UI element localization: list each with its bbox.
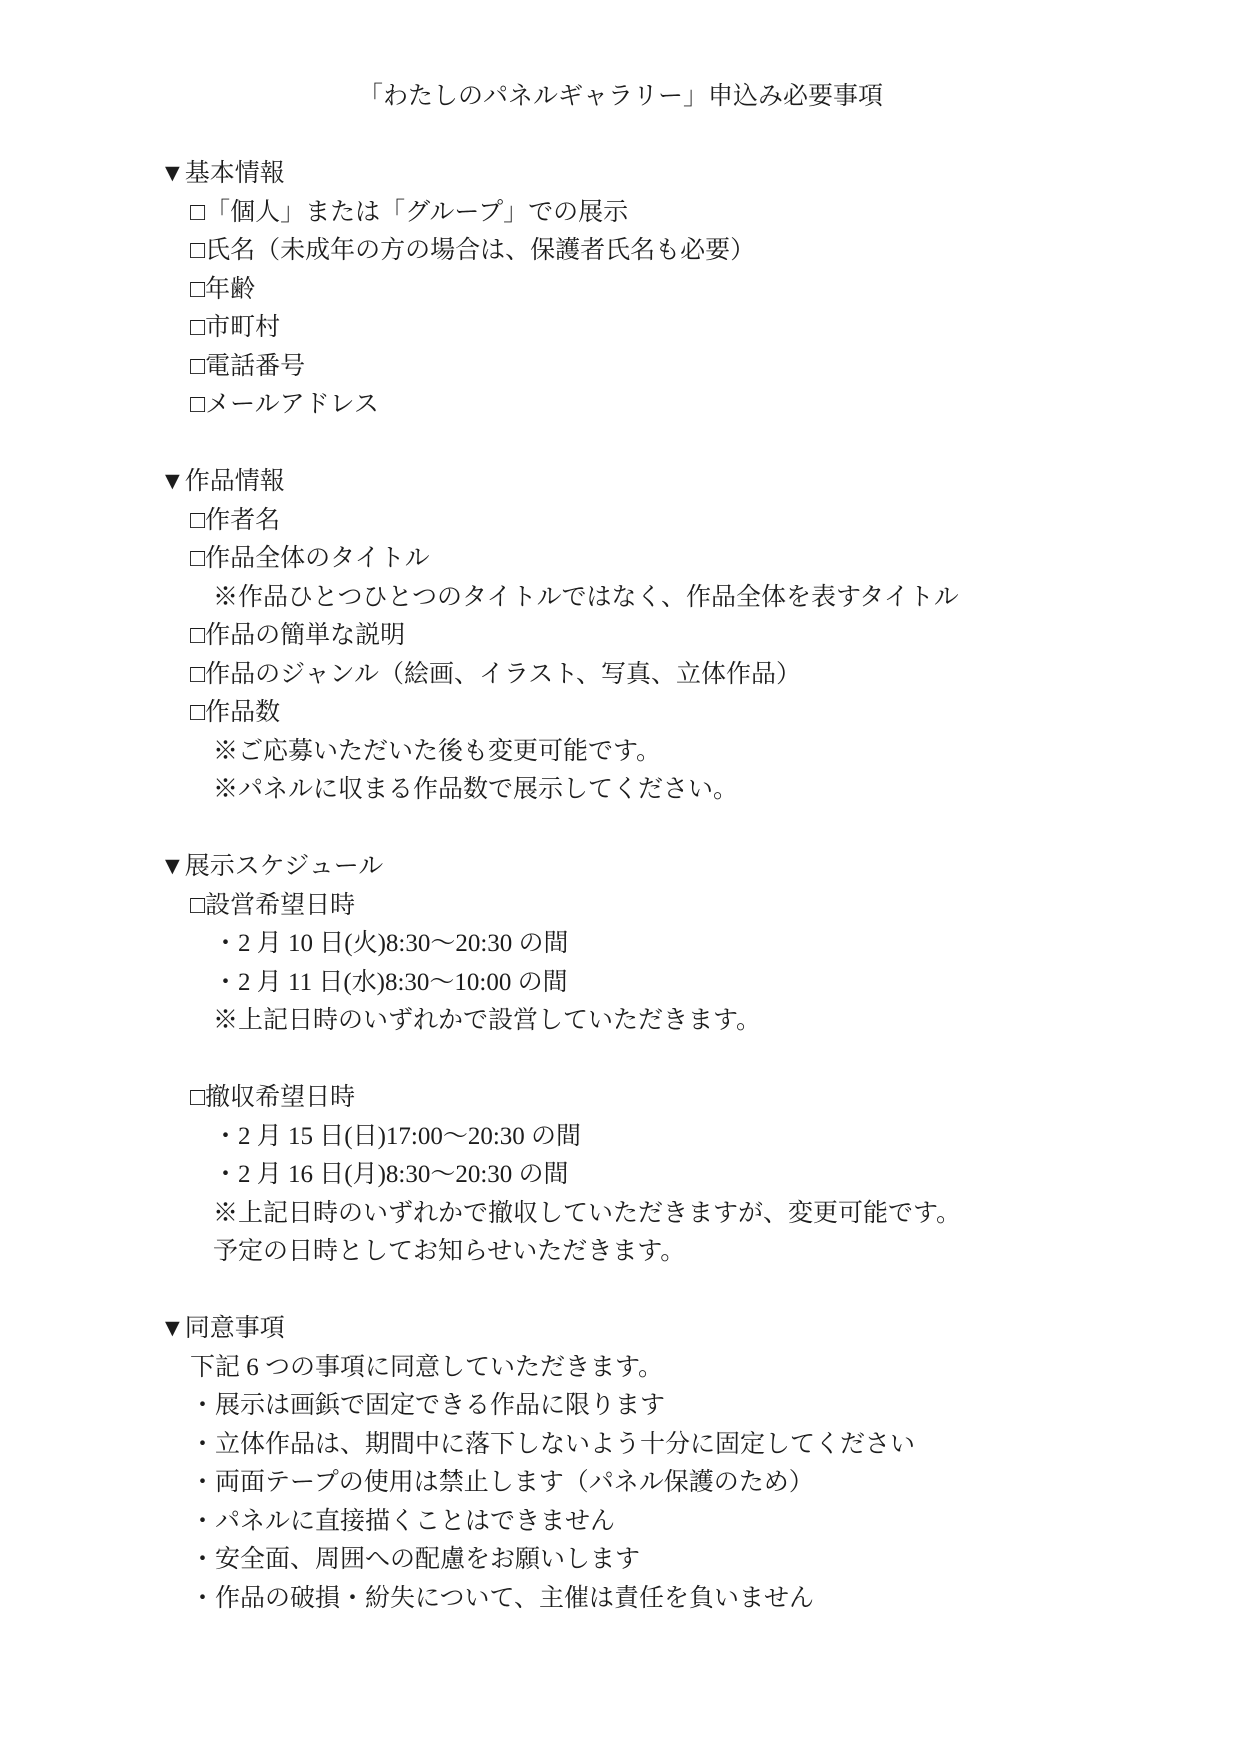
schedule-date-setup-1: ・2 月 10 日(火)8:30～20:30 の間 — [213, 925, 1191, 964]
agreement-item-no-drawing-on-panel: ・パネルに直接描くことはできません — [190, 1503, 1191, 1542]
section-heading-agreement: ▼同意事項 — [160, 1310, 1191, 1349]
note-removal-continued: 予定の日時としてお知らせいただきます。 — [213, 1233, 1191, 1272]
schedule-date-setup-2: ・2 月 11 日(水)8:30～10:00 の間 — [213, 964, 1191, 1003]
checklist-item-work-title: □作品全体のタイトル — [190, 540, 1191, 579]
checklist-item-work-genre: □作品のジャンル（絵画、イラスト、写真、立体作品） — [190, 656, 1191, 695]
section-heading-schedule: ▼展示スケジュール — [160, 848, 1191, 887]
document-page: 「わたしのパネルギャラリー」申込み必要事項 ▼基本情報 □「個人」または「グルー… — [0, 0, 1241, 1755]
checklist-item-city: □市町村 — [190, 309, 1191, 348]
checklist-item-exhibit-type: □「個人」または「グループ」での展示 — [190, 194, 1191, 233]
agreement-item-safety-consideration: ・安全面、周囲への配慮をお願いします — [190, 1541, 1191, 1580]
section-agreement: ▼同意事項 下記 6 つの事項に同意していただきます。 ・展示は画鋲で固定できる… — [160, 1310, 1191, 1618]
checklist-item-work-description: □作品の簡単な説明 — [190, 617, 1191, 656]
checklist-item-name: □氏名（未成年の方の場合は、保護者氏名も必要） — [190, 232, 1191, 271]
checklist-item-setup-datetime: □設営希望日時 — [190, 887, 1191, 926]
note-work-title: ※作品ひとつひとつのタイトルではなく、作品全体を表すタイトル — [213, 579, 1191, 618]
section-schedule: ▼展示スケジュール □設営希望日時 ・2 月 10 日(火)8:30～20:30… — [160, 848, 1191, 1272]
document-title: 「わたしのパネルギャラリー」申込み必要事項 — [0, 78, 1241, 117]
checklist-item-email: □メールアドレス — [190, 386, 1191, 425]
schedule-date-removal-1: ・2 月 15 日(日)17:00～20:30 の間 — [213, 1118, 1191, 1157]
note-work-count-changeable: ※ご応募いただいた後も変更可能です。 — [213, 733, 1191, 772]
note-work-count-panel-limit: ※パネルに収まる作品数で展示してください。 — [213, 771, 1191, 810]
agreement-item-no-liability: ・作品の破損・紛失について、主催は責任を負いません — [190, 1580, 1191, 1619]
section-basic-info: ▼基本情報 □「個人」または「グループ」での展示 □氏名（未成年の方の場合は、保… — [160, 155, 1191, 425]
agreement-item-secure-3d-works: ・立体作品は、期間中に落下しないよう十分に固定してください — [190, 1426, 1191, 1465]
schedule-date-removal-2: ・2 月 16 日(月)8:30～20:30 の間 — [213, 1156, 1191, 1195]
section-work-info: ▼作品情報 □作者名 □作品全体のタイトル ※作品ひとつひとつのタイトルではなく… — [160, 463, 1191, 810]
agreement-item-no-double-sided-tape: ・両面テープの使用は禁止します（パネル保護のため） — [190, 1464, 1191, 1503]
agreement-item-thumbtack-only: ・展示は画鋲で固定できる作品に限ります — [190, 1387, 1191, 1426]
checklist-item-removal-datetime: □撤収希望日時 — [190, 1079, 1191, 1118]
note-setup: ※上記日時のいずれかで設営していただきます。 — [213, 1002, 1191, 1041]
section-heading-work-info: ▼作品情報 — [160, 463, 1191, 502]
section-heading-basic-info: ▼基本情報 — [160, 155, 1191, 194]
agreement-intro: 下記 6 つの事項に同意していただきます。 — [190, 1349, 1191, 1388]
checklist-item-author-name: □作者名 — [190, 502, 1191, 541]
checklist-item-work-count: □作品数 — [190, 694, 1191, 733]
note-removal: ※上記日時のいずれかで撤収していただきますが、変更可能です。 — [213, 1195, 1191, 1234]
checklist-item-age: □年齢 — [190, 271, 1191, 310]
checklist-item-phone: □電話番号 — [190, 348, 1191, 387]
